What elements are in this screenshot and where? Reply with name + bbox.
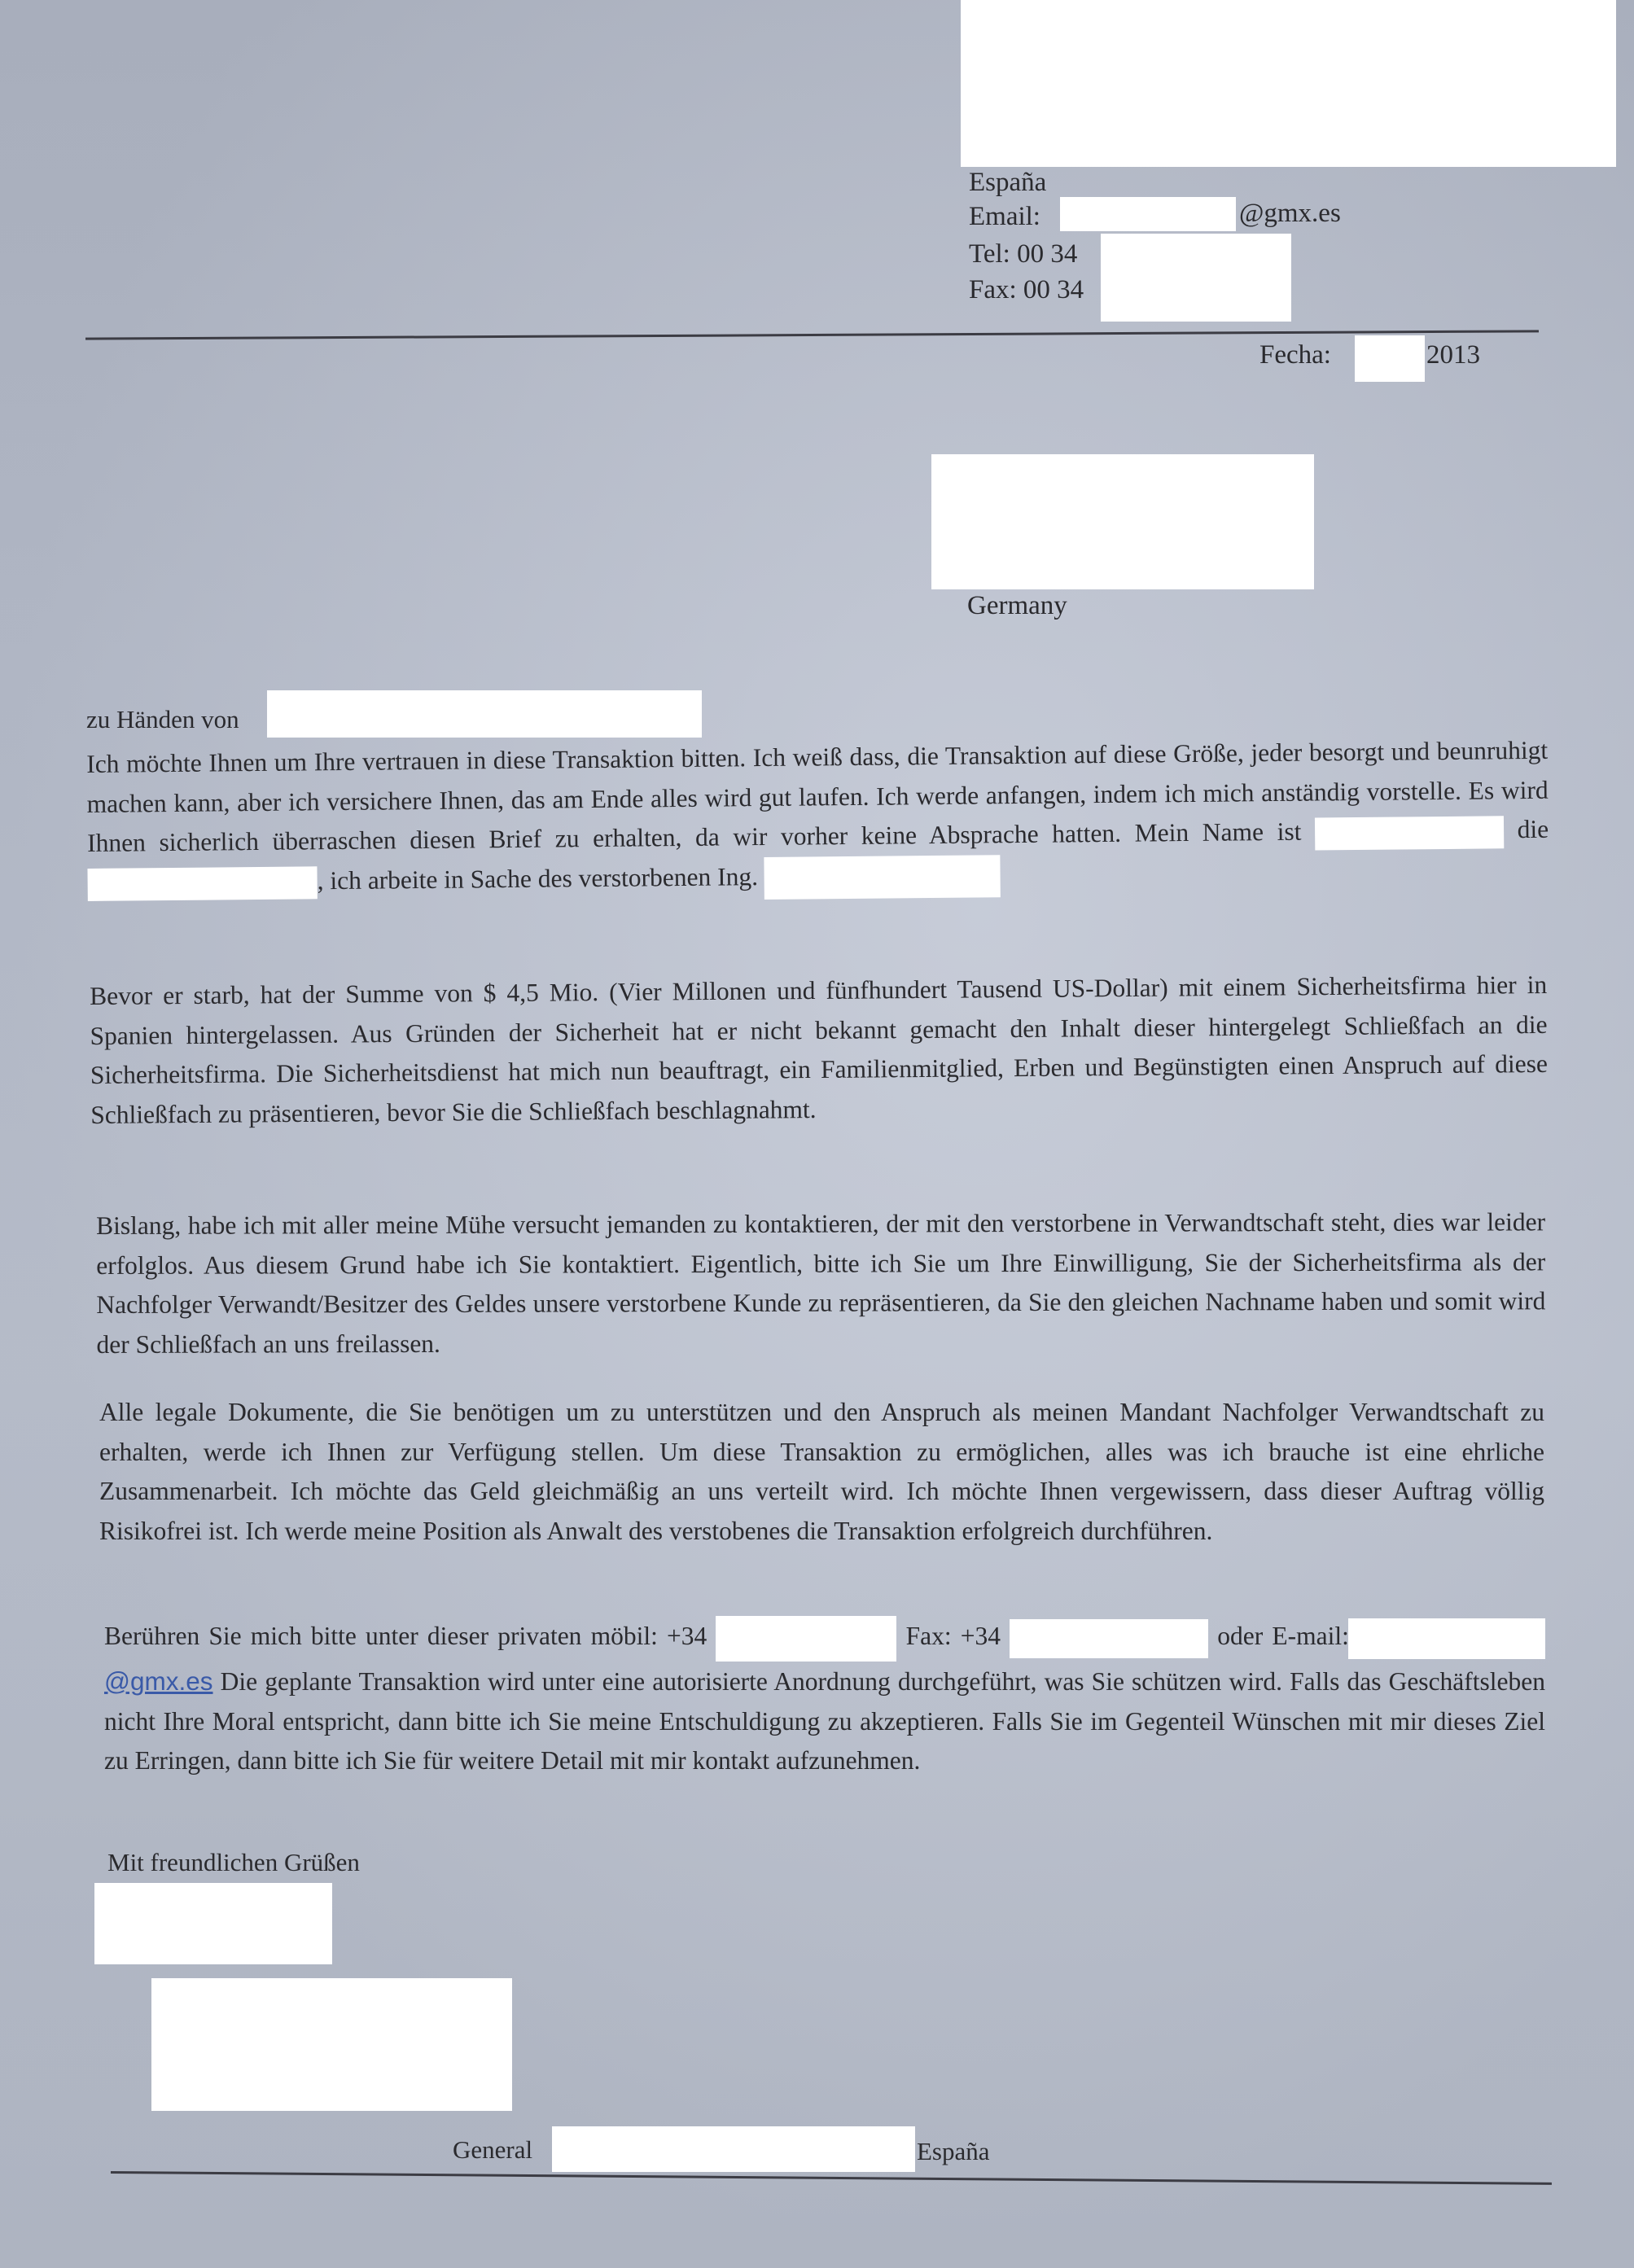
redacted-signature-stamp [151,1978,512,2111]
contact-email-label: oder E-mail: [1217,1622,1349,1650]
redacted-attention-name [267,690,702,738]
paragraph-request: Bislang, habe ich mit aller meine Mühe v… [96,1202,1546,1364]
redacted-signature-name [94,1883,332,1964]
contact-text: Die geplante Transaktion wird unter eine… [104,1667,1545,1775]
sender-email-label: Email: [969,204,1040,230]
sender-email-domain: @gmx.es [1239,200,1341,227]
redacted-deceased-name [764,855,1001,900]
email-link[interactable]: @gmx.es [104,1666,213,1696]
paragraph-introduction: Ich möchte Ihnen um Ihre vertrauen in di… [86,731,1549,906]
redacted-recipient-address [931,454,1314,589]
redacted-sender-address [961,0,1616,167]
sender-fax: Fax: 00 34 [969,277,1084,304]
redacted-mobile [716,1616,896,1662]
contact-mobile-label: Berühren Sie mich bitte unter dieser pri… [104,1622,707,1650]
recipient-country: Germany [967,593,1067,620]
intro-text-end: , ich arbeite in Sache des verstorbenen … [317,862,758,895]
footer-right: España [917,2139,990,2164]
intro-die: die [1517,815,1549,843]
redacted-footer-address [552,2126,915,2172]
paragraph-documents: Alle legale Dokumente, die Sie benötigen… [99,1393,1544,1551]
paragraph-inheritance: Bevor er starb, hat der Summe von $ 4,5 … [90,965,1548,1135]
redacted-email [1348,1618,1545,1659]
sender-country: España [969,169,1046,196]
redacted-sender-phone [1101,234,1291,322]
contact-fax-label: Fax: +34 [906,1622,1001,1650]
redacted-sender-email-full [1060,197,1236,231]
date-year: 2013 [1426,342,1480,369]
closing-salutation: Mit freundlichen Grüßen [107,1850,360,1875]
redacted-date [1355,335,1425,382]
paragraph-contact: Berühren Sie mich bitte unter dieser pri… [104,1616,1545,1781]
redacted-sender-title [87,867,317,902]
attention-label: zu Händen von [86,707,239,732]
redacted-sender-name [1315,816,1504,850]
redacted-fax [1010,1619,1208,1658]
footer-left: General [453,2137,532,2162]
date-label: Fecha: [1259,342,1331,369]
sender-tel: Tel: 00 34 [969,241,1077,268]
